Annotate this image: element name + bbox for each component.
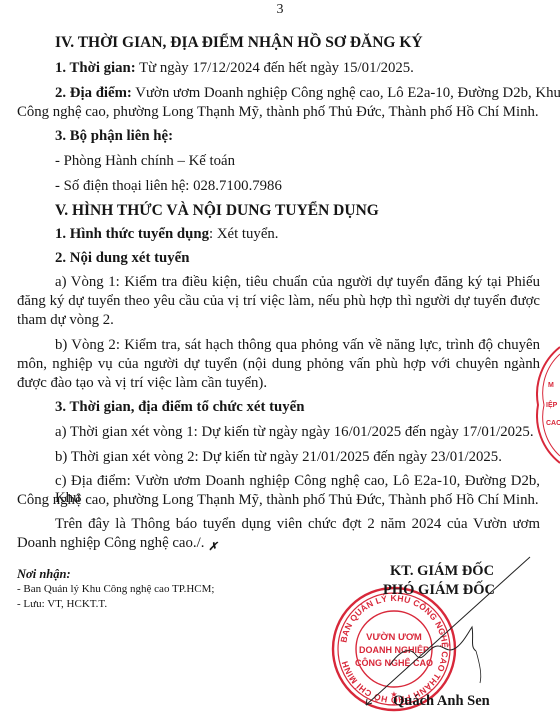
svg-text:IỆP: IỆP: [546, 400, 558, 409]
recipient-item: - Ban Quản lý Khu Công nghệ cao TP.HCM;: [17, 583, 214, 595]
item-text: Từ ngày 17/12/2024 đến hết ngày 15/01/20…: [136, 60, 414, 76]
recipients-title: Nơi nhận:: [17, 567, 71, 582]
closing-line-2: Doanh nghiệp Công nghệ cao./.✗: [17, 535, 218, 552]
closing-line-1: Trên đây là Thông báo tuyển dụng viên ch…: [55, 516, 540, 533]
page-number: 3: [0, 2, 560, 18]
round-2-line-3: được đào tạo và vị trí việc làm cần tuyể…: [17, 375, 267, 392]
item-text: : Xét tuyển.: [209, 226, 278, 242]
margin-seal: M IỆP CAO: [536, 345, 560, 465]
round-1-line-2: đăng ký dự tuyển theo yêu cầu của vị trí…: [17, 293, 540, 310]
time-round-1: a) Thời gian xét vòng 1: Dự kiến từ ngày…: [55, 424, 534, 441]
section-4-item-1: 1. Thời gian: Từ ngày 17/12/2024 đến hết…: [55, 60, 414, 77]
initial-mark-icon: ✗: [208, 540, 217, 553]
section-4-heading: IV. THỜI GIAN, ĐỊA ĐIỂM NHẬN HỒ SƠ ĐĂNG …: [55, 34, 423, 52]
section-5-item-2: 2. Nội dung xét tuyển: [55, 250, 189, 267]
section-4-item-3: 3. Bộ phận liên hệ:: [55, 128, 173, 145]
contact-phone: - Số điện thoại liên hệ: 028.7100.7986: [55, 178, 282, 195]
round-1-line-3: tham dự vòng 2.: [17, 312, 114, 329]
section-4-item-2-line-1: 2. Địa điểm: Vườn ươm Doanh nghiệp Công …: [55, 85, 560, 102]
section-5-item-3: 3. Thời gian, địa điểm tổ chức xét tuyển: [55, 399, 304, 416]
item-label: 1. Hình thức tuyển dụng: [55, 226, 209, 242]
recipient-item: - Lưu: VT, HCKT.T.: [17, 598, 107, 610]
contact-department: - Phòng Hành chính – Kế toán: [55, 153, 235, 170]
round-2-line-1: b) Vòng 2: Kiểm tra, sát hạch thông qua …: [55, 337, 540, 354]
closing-text: Doanh nghiệp Công nghệ cao./.: [17, 535, 204, 551]
signer-name: Quách Anh Sen: [393, 693, 490, 710]
round-1-line-1: a) Vòng 1: Kiểm tra điều kiện, tiêu chuẩ…: [55, 274, 540, 291]
time-round-2: b) Thời gian xét vòng 2: Dự kiến từ ngày…: [55, 449, 502, 466]
handwritten-signature: [330, 555, 550, 715]
item-label: 2. Địa điểm:: [55, 85, 132, 101]
item-text: Vườn ươm Doanh nghiệp Công nghệ cao, Lô …: [132, 85, 560, 101]
section-5-heading: V. HÌNH THỨC VÀ NỘI DUNG TUYỂN DỤNG: [55, 202, 379, 220]
svg-text:M: M: [548, 382, 554, 389]
location-line-2: Công nghệ cao, phường Long Thạnh Mỹ, thà…: [17, 492, 539, 509]
round-2-line-2: môn, nghiệp vụ của người dự tuyển (nội d…: [17, 356, 540, 373]
item-label: 1. Thời gian:: [55, 60, 136, 76]
section-4-item-2-line-2: Công nghệ cao, phường Long Thạnh Mỹ, thà…: [17, 104, 539, 121]
svg-text:CAO: CAO: [546, 420, 560, 427]
section-5-item-1: 1. Hình thức tuyển dụng: Xét tuyển.: [55, 226, 278, 243]
